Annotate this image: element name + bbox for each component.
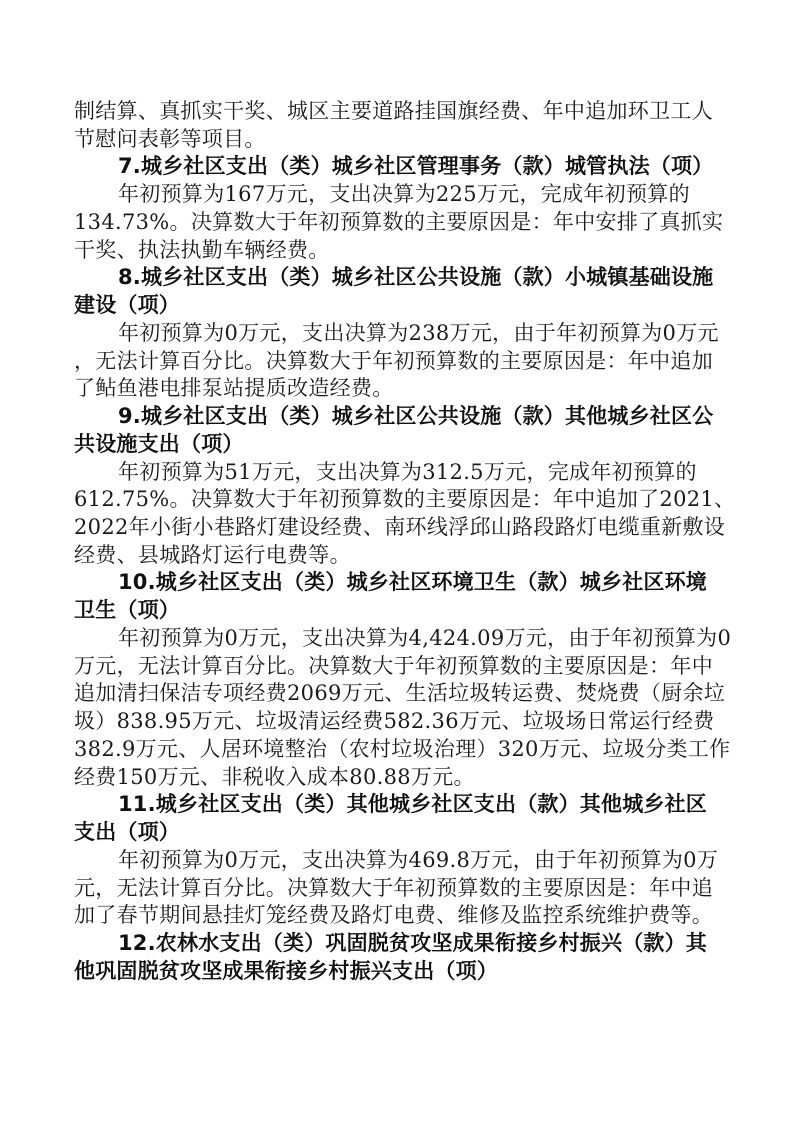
paragraph-line: 年初预算为51万元，支出决算为312.5万元，完成年初预算的 [74,459,724,487]
section-heading-line: 建设（项） [74,292,724,320]
paragraph-line: 382.9万元、人居环境整治（农村垃圾治理）320万元、垃圾分类工作 [74,736,724,764]
paragraph-line: 追加清扫保洁专项经费2069万元、生活垃圾转运费、焚烧费（厨余垃 [74,680,724,708]
paragraph-line: ，无法计算百分比。决算数大于年初预算数的主要原因是：年中追加 [74,348,724,376]
section-heading-line: 共设施支出（项） [74,431,724,459]
paragraph-line: 2022年小街小巷路灯建设经费、南环线浮邱山路段路灯电缆重新敷设 [74,514,724,542]
paragraph-line: 经费、县城路灯运行电费等。 [74,542,724,570]
section-heading-line: 8.城乡社区支出（类）城乡社区公共设施（款）小城镇基础设施 [74,264,724,292]
paragraph-line: 了鲇鱼港电排泵站提质改造经费。 [74,375,724,403]
section-heading-line: 他巩固脱贫攻坚成果衔接乡村振兴支出（项） [74,958,724,986]
paragraph-line: 年初预算为0万元，支出决算为469.8万元，由于年初预算为0万 [74,847,724,875]
paragraph-line: 年初预算为0万元，支出决算为4,424.09万元，由于年初预算为0 [74,625,724,653]
paragraph-line: 加了春节期间悬挂灯笼经费及路灯电费、维修及监控系统维护费等。 [74,902,724,930]
paragraph-line: 干奖、执法执勤车辆经费。 [74,237,724,265]
section-heading-line: 7.城乡社区支出（类）城乡社区管理事务（款）城管执法（项） [74,153,724,181]
paragraph-line: 圾）838.95万元、垃圾清运经费582.36万元、垃圾场日常运行经费 [74,708,724,736]
section-heading-line: 卫生（项） [74,597,724,625]
section-heading-line: 12.农林水支出（类）巩固脱贫攻坚成果衔接乡村振兴（款）其 [74,930,724,958]
paragraph-line: 万元，无法计算百分比。决算数大于年初预算数的主要原因是：年中 [74,653,724,681]
paragraph-line: 元，无法计算百分比。决算数大于年初预算数的主要原因是：年中追 [74,875,724,903]
section-heading-line: 11.城乡社区支出（类）其他城乡社区支出（款）其他城乡社区 [74,791,724,819]
paragraph-line: 年初预算为0万元，支出决算为238万元，由于年初预算为0万元 [74,320,724,348]
paragraph-line: 经费150万元、非税收入成本80.88万元。 [74,764,724,792]
section-heading-line: 10.城乡社区支出（类）城乡社区环境卫生（款）城乡社区环境 [74,569,724,597]
paragraph-line: 节慰问表彰等项目。 [74,126,724,154]
paragraph-line: 年初预算为167万元，支出决算为225万元，完成年初预算的 [74,181,724,209]
document-body: 制结算、真抓实干奖、城区主要道路挂国旗经费、年中追加环卫工人节慰问表彰等项目。7… [74,98,724,986]
section-heading-line: 支出（项） [74,819,724,847]
document-page: 制结算、真抓实干奖、城区主要道路挂国旗经费、年中追加环卫工人节慰问表彰等项目。7… [0,0,793,1122]
section-heading-line: 9.城乡社区支出（类）城乡社区公共设施（款）其他城乡社区公 [74,403,724,431]
paragraph-line: 612.75%。决算数大于年初预算数的主要原因是：年中追加了2021、 [74,486,724,514]
paragraph-line: 134.73%。决算数大于年初预算数的主要原因是：年中安排了真抓实 [74,209,724,237]
paragraph-line: 制结算、真抓实干奖、城区主要道路挂国旗经费、年中追加环卫工人 [74,98,724,126]
